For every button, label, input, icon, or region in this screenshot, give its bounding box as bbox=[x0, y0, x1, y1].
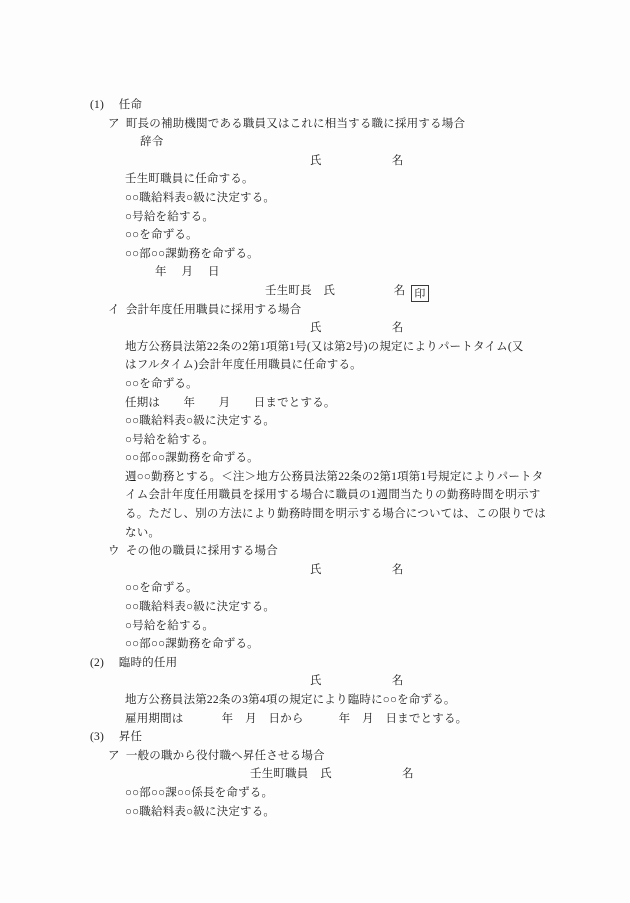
document-page: (1) 任命ア 町長の補助機関である職員又はこれに相当する職に採用する場合辞令氏… bbox=[0, 0, 630, 903]
document-line: ○号給を給する。 bbox=[125, 208, 610, 227]
document-line: 地方公務員法第22条の2第1項第1号(又は第2号)の規定によりパートタイム(又 bbox=[125, 338, 610, 357]
document-line: ○○職給料表○級に決定する。 bbox=[125, 412, 610, 431]
document-line: ○号給を給する。 bbox=[125, 617, 610, 636]
document-body: (1) 任命ア 町長の補助機関である職員又はこれに相当する職に採用する場合辞令氏… bbox=[0, 0, 630, 821]
item-1c-heading: ウ その他の職員に採用する場合 bbox=[108, 542, 610, 561]
document-line: ○○職給料表○級に決定する。 bbox=[125, 598, 610, 617]
section-3-heading: (3) 昇任 bbox=[90, 728, 610, 747]
employment-period-line: 雇用期間は 年 月 日から 年 月 日までとする。 bbox=[125, 710, 610, 729]
document-line: ○○部○○課勤務を命ずる。 bbox=[125, 245, 610, 264]
document-line: ○○部○○課勤務を命ずる。 bbox=[125, 449, 610, 468]
seal-box: 印 bbox=[411, 285, 428, 302]
document-line: ○○職給料表○級に決定する。 bbox=[125, 803, 610, 822]
name-field-label: 氏 名 bbox=[310, 152, 610, 171]
document-line: ○号給を給する。 bbox=[125, 431, 610, 450]
document-line: る。ただし、別の方法により勤務時間を明示する場合については、この限りでは bbox=[125, 505, 610, 524]
document-line: ○○を命ずる。 bbox=[125, 579, 610, 598]
term-field-line: 任期は 年 月 日までとする。 bbox=[125, 394, 610, 413]
item-3a-heading: ア 一般の職から役付職へ昇任させる場合 bbox=[108, 747, 610, 766]
date-field-line: 年 月 日 bbox=[155, 263, 610, 282]
document-line: 地方公務員法第22条の3第4項の規定により臨時に○○を命ずる。 bbox=[125, 691, 610, 710]
document-line: ○○を命ずる。 bbox=[125, 226, 610, 245]
document-line: ○○部○○課勤務を命ずる。 bbox=[125, 635, 610, 654]
document-line: ○○を命ずる。 bbox=[125, 375, 610, 394]
document-line: イム会計年度任用職員を採用する場合に職員の1週間当たりの勤務時間を明示す bbox=[125, 486, 610, 505]
name-field-label: 氏 名 bbox=[310, 672, 610, 691]
document-line: はフルタイム)会計年度任用職員に任命する。 bbox=[125, 356, 610, 375]
item-1b-heading: イ 会計年度任用職員に採用する場合 bbox=[108, 301, 610, 320]
document-line: 週○○勤務とする。＜注＞地方公務員法第22条の2第1項第1号規定によりパートタ bbox=[125, 468, 610, 487]
mayor-signature-line: 壬生町長 氏 名印 bbox=[265, 282, 610, 301]
staff-name-field-label: 壬生町職員 氏 名 bbox=[250, 765, 610, 784]
document-line: ○○職給料表○級に決定する。 bbox=[125, 189, 610, 208]
document-line: ない。 bbox=[125, 524, 610, 543]
name-field-label: 氏 名 bbox=[310, 561, 610, 580]
jirei-label: 辞令 bbox=[140, 133, 610, 152]
section-2-heading: (2) 臨時的任用 bbox=[90, 654, 610, 673]
section-1-heading: (1) 任命 bbox=[90, 96, 610, 115]
document-line: ○○部○○課○○係長を命ずる。 bbox=[125, 784, 610, 803]
item-1a-heading: ア 町長の補助機関である職員又はこれに相当する職に採用する場合 bbox=[108, 115, 610, 134]
name-field-label: 氏 名 bbox=[310, 319, 610, 338]
document-line: 壬生町職員に任命する。 bbox=[125, 170, 610, 189]
